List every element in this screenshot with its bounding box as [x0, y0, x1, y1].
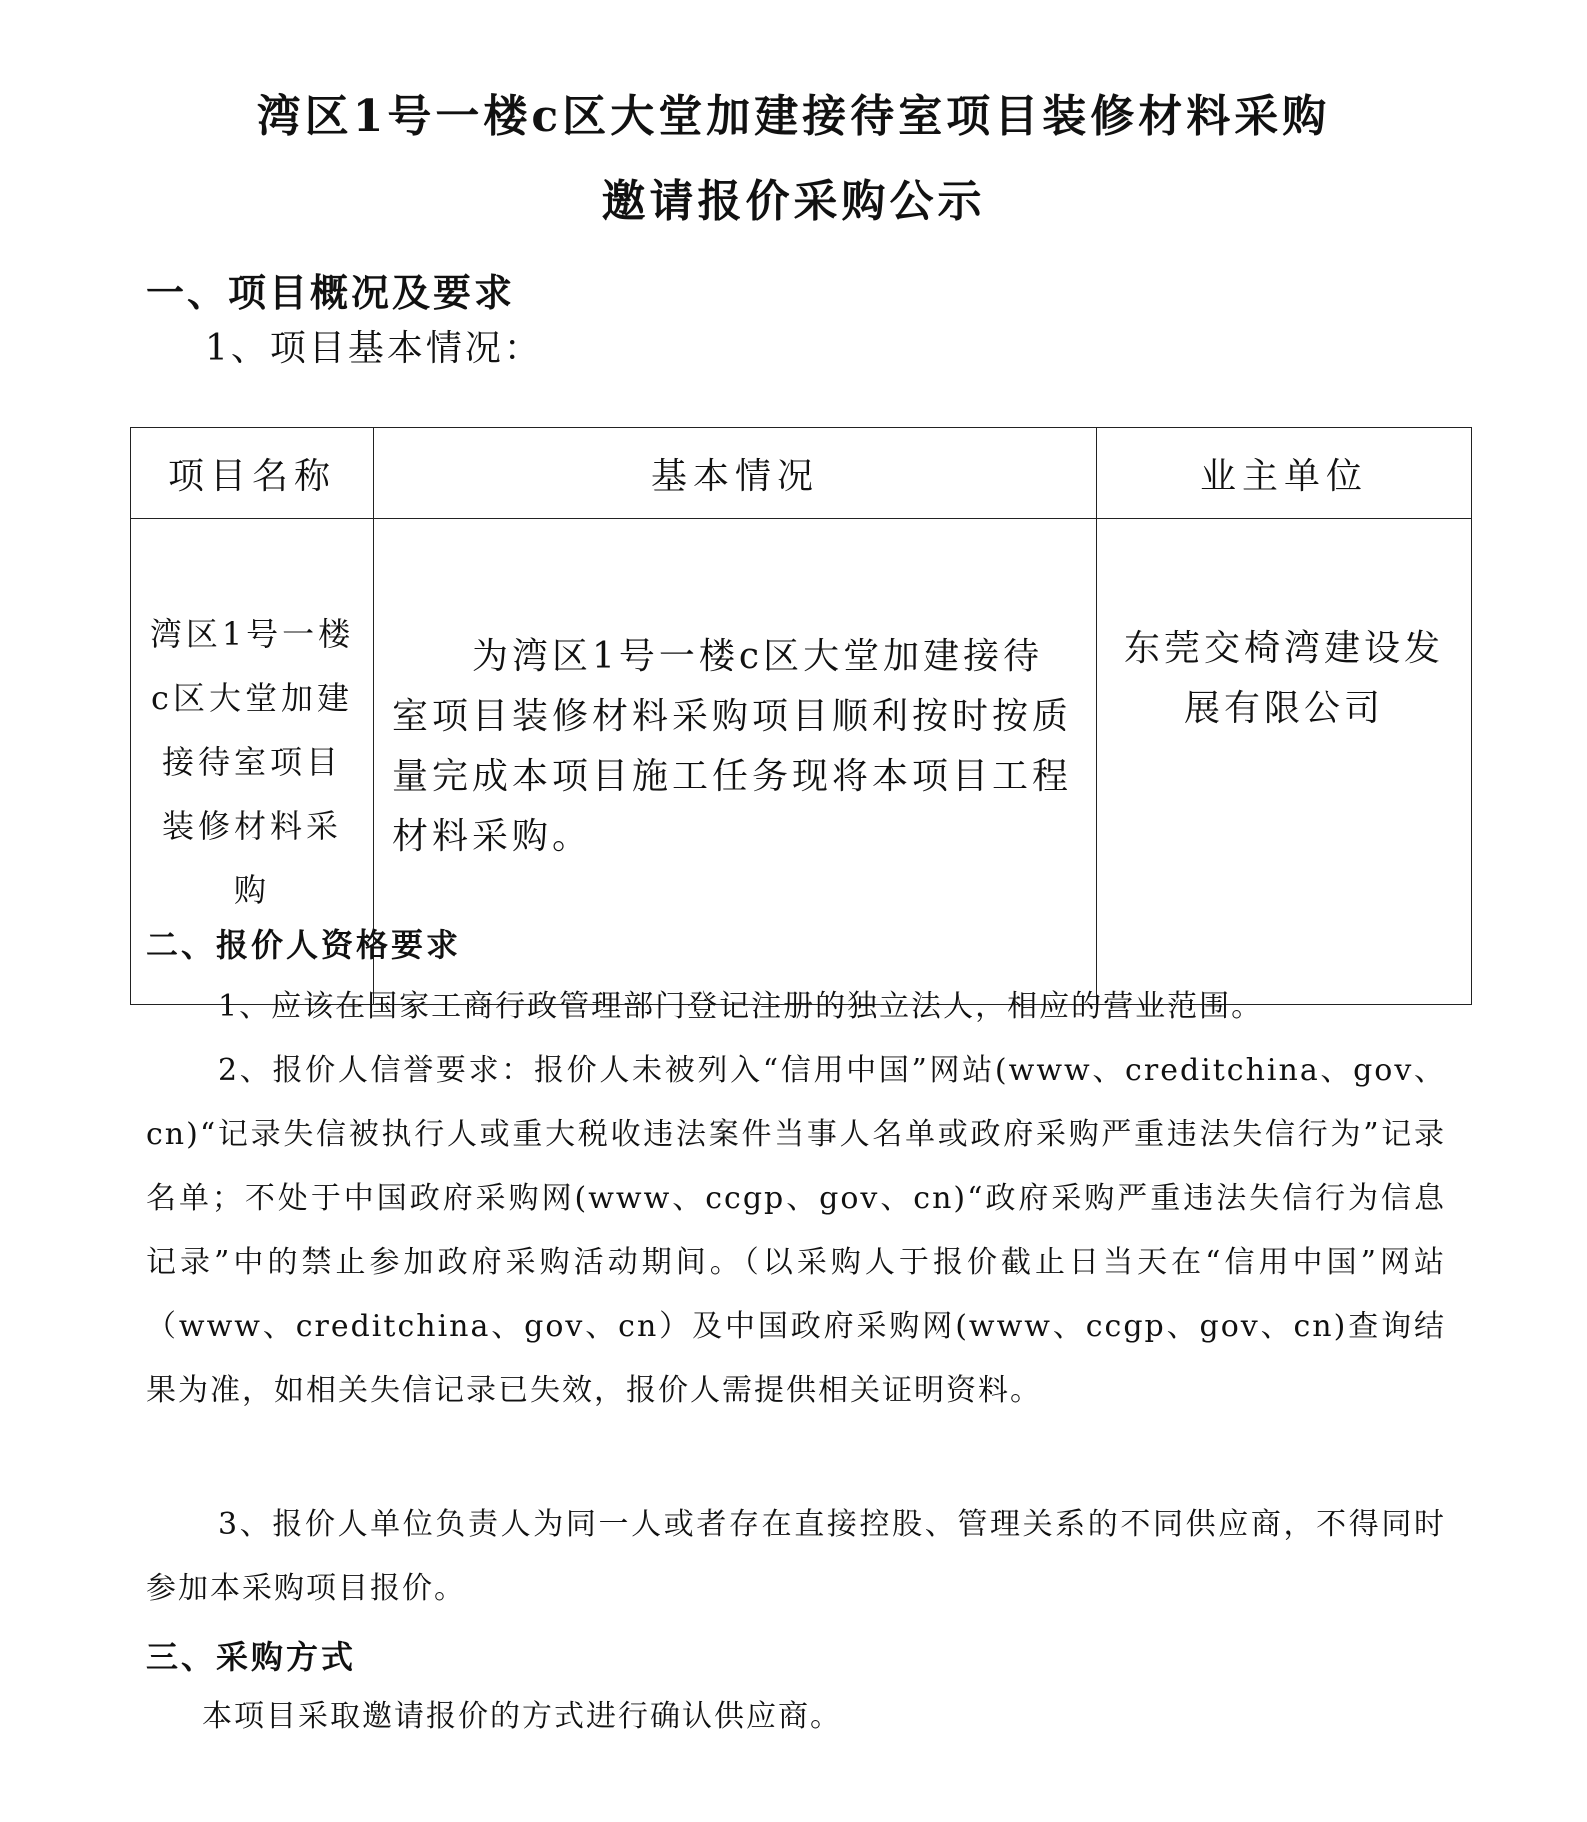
project-info-table: 项目名称 基本情况 业主单位 湾区1号一楼c区大堂加建接待室项目装修材料采购 为…	[130, 427, 1472, 1005]
header-basic-info: 基本情况	[374, 428, 1097, 519]
section1-heading: 一、项目概况及要求	[146, 262, 515, 317]
section2-heading: 二、报价人资格要求	[146, 920, 461, 966]
section2-item-1: 1、应该在国家工商行政管理部门登记注册的独立法人，相应的营业范围。	[146, 975, 1446, 1039]
section3-heading: 三、采购方式	[146, 1632, 356, 1678]
document-title-line2: 邀请报价采购公示	[0, 165, 1587, 229]
document-page: 湾区1号一楼c区大堂加建接待室项目装修材料采购 邀请报价采购公示 一、项目概况及…	[0, 0, 1587, 1822]
cell-basic-info: 为湾区1号一楼c区大堂加建接待室项目装修材料采购项目顺利按时按质量完成本项目施工…	[374, 519, 1097, 1005]
cell-owner: 东莞交椅湾建设发展有限公司	[1097, 519, 1472, 1005]
table-header-row: 项目名称 基本情况 业主单位	[131, 428, 1472, 519]
section3-body: 本项目采取邀请报价的方式进行确认供应商。	[146, 1685, 1446, 1749]
section2-item-2: 2、报价人信誉要求：报价人未被列入“信用中国”网站(www、creditchin…	[146, 1039, 1446, 1423]
document-title-line1: 湾区1号一楼c区大堂加建接待室项目装修材料采购	[0, 80, 1587, 144]
header-owner: 业主单位	[1097, 428, 1472, 519]
section2-item-3: 3、报价人单位负责人为同一人或者存在直接控股、管理关系的不同供应商，不得同时参加…	[146, 1493, 1446, 1621]
section1-subheading: 1、项目基本情况：	[205, 320, 543, 371]
header-project-name: 项目名称	[131, 428, 374, 519]
